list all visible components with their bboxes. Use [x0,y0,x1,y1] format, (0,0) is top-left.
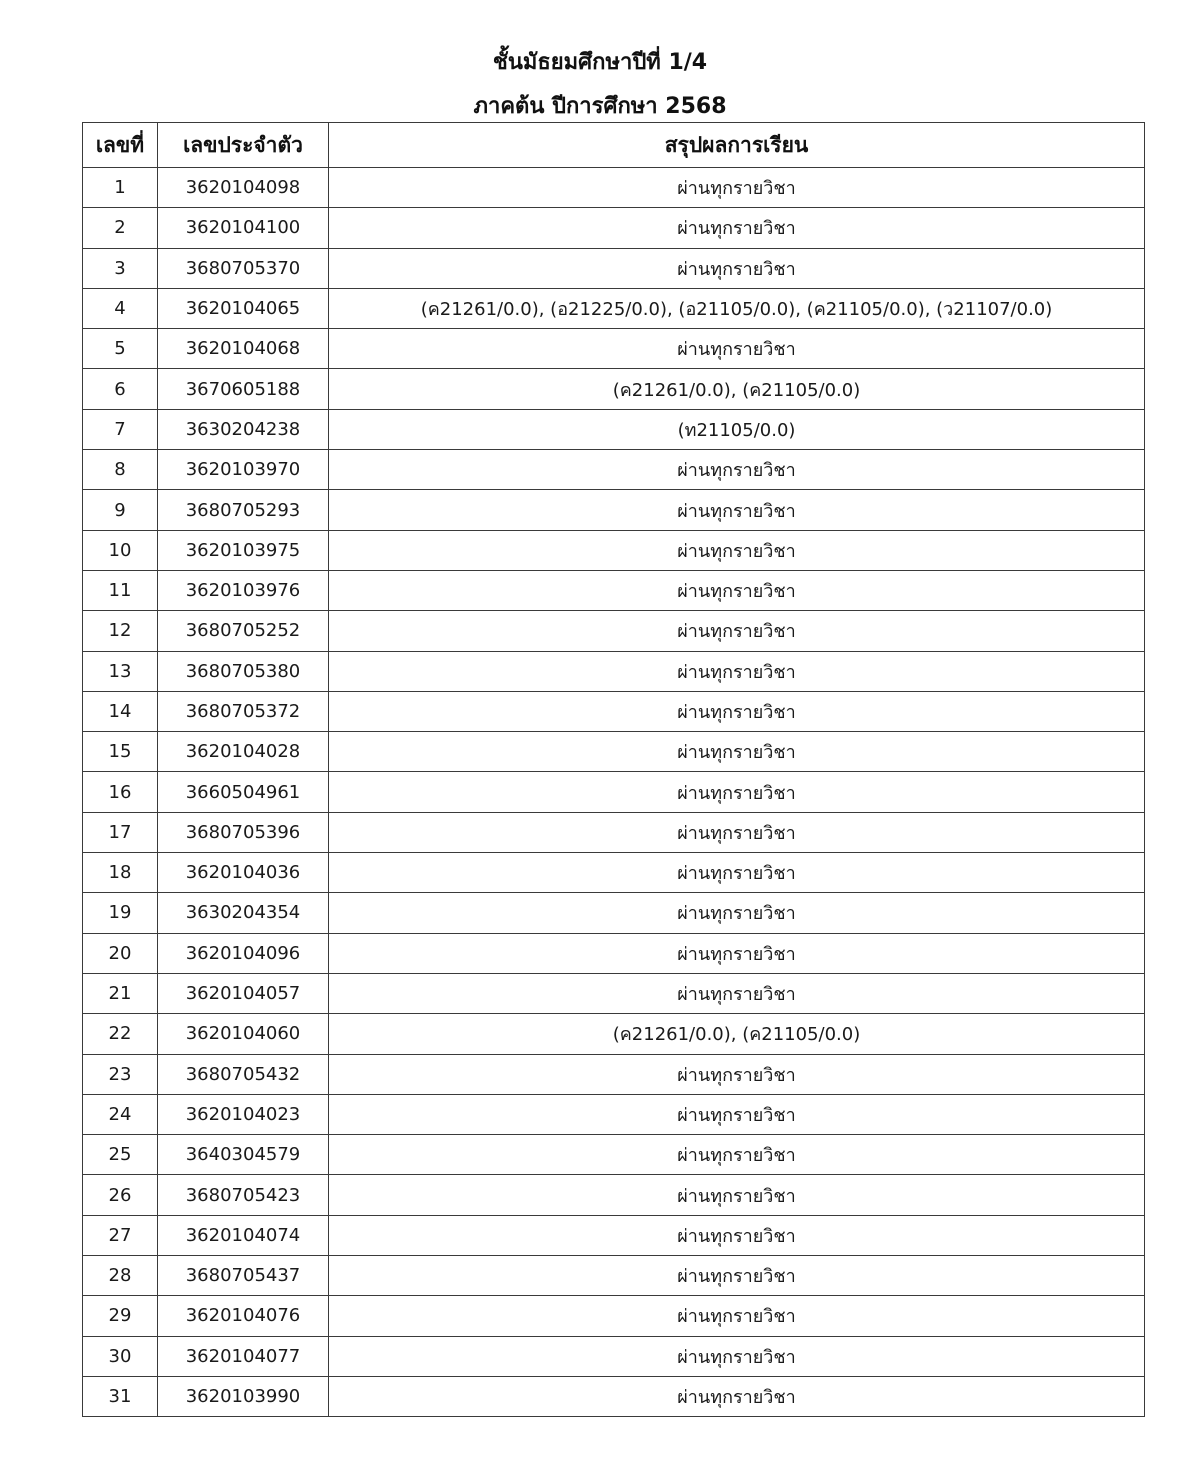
row-number: 29 [83,1296,158,1336]
table-row: 43620104065(ค21261/0.0), (อ21225/0.0), (… [83,288,1145,328]
result-summary: ผ่านทุกรายวิชา [329,973,1145,1013]
result-summary: ผ่านทุกรายวิชา [329,1256,1145,1296]
result-summary: ผ่านทุกรายวิชา [329,329,1145,369]
student-id: 3680705380 [158,651,329,691]
table-row: 163660504961ผ่านทุกรายวิชา [83,772,1145,812]
result-summary: ผ่านทุกรายวิชา [329,570,1145,610]
table-row: 293620104076ผ่านทุกรายวิชา [83,1296,1145,1336]
student-id: 3620104100 [158,208,329,248]
result-summary: ผ่านทุกรายวิชา [329,732,1145,772]
result-summary: ผ่านทุกรายวิชา [329,450,1145,490]
table-row: 23620104100ผ่านทุกรายวิชา [83,208,1145,248]
student-id: 3680705432 [158,1054,329,1094]
student-id: 3620103970 [158,450,329,490]
row-number: 8 [83,450,158,490]
student-id: 3620104065 [158,288,329,328]
table-header-row: เลขที่ เลขประจำตัว สรุปผลการเรียน [83,123,1145,168]
row-number: 12 [83,611,158,651]
student-id: 3620104096 [158,933,329,973]
row-number: 7 [83,409,158,449]
row-number: 15 [83,732,158,772]
row-number: 17 [83,812,158,852]
table-row: 93680705293ผ่านทุกรายวิชา [83,490,1145,530]
student-id: 3620104098 [158,168,329,208]
row-number: 26 [83,1175,158,1215]
student-id: 3680705372 [158,691,329,731]
result-summary: ผ่านทุกรายวิชา [329,1215,1145,1255]
result-summary: ผ่านทุกรายวิชา [329,812,1145,852]
student-id: 3620104076 [158,1296,329,1336]
student-id: 3660504961 [158,772,329,812]
table-row: 173680705396ผ่านทุกรายวิชา [83,812,1145,852]
student-id: 3620104036 [158,853,329,893]
row-number: 20 [83,933,158,973]
row-number: 24 [83,1094,158,1134]
row-number: 3 [83,248,158,288]
table-row: 103620103975ผ่านทุกรายวิชา [83,530,1145,570]
result-summary: ผ่านทุกรายวิชา [329,1376,1145,1416]
row-number: 2 [83,208,158,248]
result-summary: ผ่านทุกรายวิชา [329,1336,1145,1376]
table-row: 303620104077ผ่านทุกรายวิชา [83,1336,1145,1376]
student-id: 3680705396 [158,812,329,852]
result-summary: ผ่านทุกรายวิชา [329,772,1145,812]
student-id: 3680705423 [158,1175,329,1215]
student-id: 3670605188 [158,369,329,409]
student-id: 3630204238 [158,409,329,449]
result-summary: (ค21261/0.0), (ค21105/0.0) [329,1014,1145,1054]
student-id: 3620103975 [158,530,329,570]
result-summary: ผ่านทุกรายวิชา [329,1094,1145,1134]
table-row: 283680705437ผ่านทุกรายวิชา [83,1256,1145,1296]
row-number: 9 [83,490,158,530]
table-row: 13620104098ผ่านทุกรายวิชา [83,168,1145,208]
row-number: 10 [83,530,158,570]
student-id: 3630204354 [158,893,329,933]
table-row: 133680705380ผ่านทุกรายวิชา [83,651,1145,691]
student-id: 3620104068 [158,329,329,369]
results-table: เลขที่ เลขประจำตัว สรุปผลการเรียน 136201… [82,122,1145,1417]
student-id: 3620104057 [158,973,329,1013]
result-summary: ผ่านทุกรายวิชา [329,1135,1145,1175]
table-row: 123680705252ผ่านทุกรายวิชา [83,611,1145,651]
result-summary: ผ่านทุกรายวิชา [329,168,1145,208]
row-number: 1 [83,168,158,208]
row-number: 5 [83,329,158,369]
student-id: 3620104074 [158,1215,329,1255]
result-summary: ผ่านทุกรายวิชา [329,490,1145,530]
student-id: 3680705252 [158,611,329,651]
result-summary: (ค21261/0.0), (อ21225/0.0), (อ21105/0.0)… [329,288,1145,328]
table-row: 83620103970ผ่านทุกรายวิชา [83,450,1145,490]
table-row: 263680705423ผ่านทุกรายวิชา [83,1175,1145,1215]
table-body: 13620104098ผ่านทุกรายวิชา23620104100ผ่าน… [83,168,1145,1417]
result-summary: (ค21261/0.0), (ค21105/0.0) [329,369,1145,409]
table-row: 223620104060(ค21261/0.0), (ค21105/0.0) [83,1014,1145,1054]
student-id: 3680705293 [158,490,329,530]
table-row: 193630204354ผ่านทุกรายวิชา [83,893,1145,933]
table-row: 33680705370ผ่านทุกรายวิชา [83,248,1145,288]
table-row: 113620103976ผ่านทุกรายวิชา [83,570,1145,610]
row-number: 30 [83,1336,158,1376]
result-summary: ผ่านทุกรายวิชา [329,530,1145,570]
row-number: 31 [83,1376,158,1416]
result-summary: ผ่านทุกรายวิชา [329,691,1145,731]
table-row: 213620104057ผ่านทุกรายวิชา [83,973,1145,1013]
row-number: 21 [83,973,158,1013]
student-id: 3680705370 [158,248,329,288]
result-summary: ผ่านทุกรายวิชา [329,651,1145,691]
table-row: 313620103990ผ่านทุกรายวิชา [83,1376,1145,1416]
page-title: ชั้นมัธยมศึกษาปีที่ 1/4 [0,44,1200,79]
table-row: 253640304579ผ่านทุกรายวิชา [83,1135,1145,1175]
result-summary: ผ่านทุกรายวิชา [329,853,1145,893]
row-number: 23 [83,1054,158,1094]
row-number: 14 [83,691,158,731]
table-row: 183620104036ผ่านทุกรายวิชา [83,853,1145,893]
result-summary: ผ่านทุกรายวิชา [329,893,1145,933]
table-row: 203620104096ผ่านทุกรายวิชา [83,933,1145,973]
result-summary: ผ่านทุกรายวิชา [329,208,1145,248]
result-summary: ผ่านทุกรายวิชา [329,933,1145,973]
row-number: 22 [83,1014,158,1054]
result-summary: ผ่านทุกรายวิชา [329,1175,1145,1215]
result-summary: ผ่านทุกรายวิชา [329,1054,1145,1094]
row-number: 28 [83,1256,158,1296]
student-id: 3620104028 [158,732,329,772]
column-header-summary: สรุปผลการเรียน [329,123,1145,168]
column-header-number: เลขที่ [83,123,158,168]
table-row: 143680705372ผ่านทุกรายวิชา [83,691,1145,731]
row-number: 13 [83,651,158,691]
row-number: 25 [83,1135,158,1175]
table-row: 273620104074ผ่านทุกรายวิชา [83,1215,1145,1255]
table-row: 153620104028ผ่านทุกรายวิชา [83,732,1145,772]
page-subtitle: ภาคต้น ปีการศึกษา 2568 [0,88,1200,123]
column-header-student-id: เลขประจำตัว [158,123,329,168]
student-id: 3620104060 [158,1014,329,1054]
row-number: 27 [83,1215,158,1255]
student-id: 3620104023 [158,1094,329,1134]
row-number: 6 [83,369,158,409]
student-id: 3620104077 [158,1336,329,1376]
result-summary: ผ่านทุกรายวิชา [329,1296,1145,1336]
row-number: 11 [83,570,158,610]
row-number: 18 [83,853,158,893]
student-id: 3640304579 [158,1135,329,1175]
result-summary: ผ่านทุกรายวิชา [329,248,1145,288]
student-id: 3620103976 [158,570,329,610]
student-id: 3680705437 [158,1256,329,1296]
table-row: 243620104023ผ่านทุกรายวิชา [83,1094,1145,1134]
row-number: 19 [83,893,158,933]
row-number: 4 [83,288,158,328]
table-row: 63670605188(ค21261/0.0), (ค21105/0.0) [83,369,1145,409]
table-row: 233680705432ผ่านทุกรายวิชา [83,1054,1145,1094]
student-id: 3620103990 [158,1376,329,1416]
table-row: 73630204238(ท21105/0.0) [83,409,1145,449]
result-summary: (ท21105/0.0) [329,409,1145,449]
table-row: 53620104068ผ่านทุกรายวิชา [83,329,1145,369]
row-number: 16 [83,772,158,812]
result-summary: ผ่านทุกรายวิชา [329,611,1145,651]
